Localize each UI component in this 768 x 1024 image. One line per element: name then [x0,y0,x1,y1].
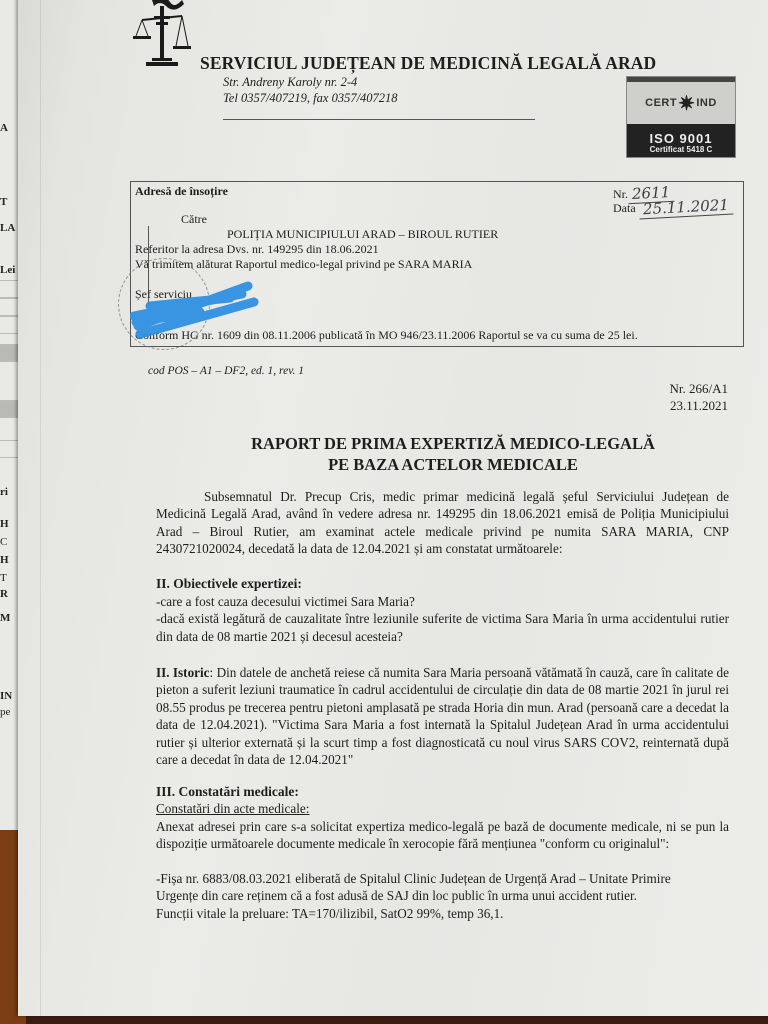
annex-paragraph: Anexat adresei prin care s-a solicitat e… [156,818,729,853]
underlying-text-fragment: Lei [0,264,15,276]
report-number: Nr. 266/A1 [638,380,728,397]
underlying-text-fragment: ri [0,486,8,498]
objectives-list: -care a fost cauza decesului victimei Sa… [156,593,729,645]
certificate-number: Certificat 5418 C [627,145,735,155]
header-rule [223,119,535,120]
findings-heading: III. Constatări medicale: [156,784,299,800]
report-title: RAPORT DE PRIMA EXPERTIZĂ MEDICO-LEGALĂ … [138,433,768,475]
underlying-text-fragment: H [0,518,9,530]
underlying-text-fragment: pe [0,706,10,718]
report-date: 23.11.2021 [638,397,728,414]
underlying-text-fragment: C [0,536,7,548]
medical-record-entry: -Fișa nr. 6883/08.03.2021 eliberată de S… [156,870,729,922]
institution-address: Str. Andreny Karoly nr. 2-4 [223,74,398,90]
intro-paragraph: Subsemnatul Dr. Precup Cris, medic prima… [156,488,729,558]
history-text: : Din datele de anchetă reiese că numita… [156,665,729,767]
underlying-text-fragment: M [0,612,10,624]
handwritten-date: 25.11.2021 [638,196,733,220]
redaction-scribble [130,276,260,341]
reference-line: Referitor la adresa Dvs. nr. 149295 din … [135,242,379,257]
history-heading: II. Istoric [156,665,210,680]
underlying-text-fragment: A [0,122,8,134]
cert-brand-right: IND [696,97,716,109]
underlying-text-fragment: T [0,196,7,208]
report-number-block: Nr. 266/A1 23.11.2021 [638,380,728,414]
to-label: Către [181,212,207,227]
history-paragraph: II. Istoric: Din datele de anchetă reies… [156,664,729,768]
underlying-text-fragment: IN [0,690,12,702]
underlying-text-fragment: T [0,572,7,584]
iso-standard: ISO 9001 [627,133,735,145]
underlying-text-fragment: LA [0,222,15,234]
institution-contact: Tel 0357/407219, fax 0357/407218 [223,90,398,106]
cover-letter-title: Adresă de însoțire [135,184,228,199]
underlying-text-fragment: H [0,554,9,566]
document-code: cod POS – A1 – DF2, ed. 1, rev. 1 [148,365,304,377]
star-logo-icon: ✷ [678,91,695,116]
objectives-heading: II. Obiectivele expertizei: [156,576,302,592]
objective-item: -dacă există legătură de cauzalitate înt… [156,610,729,645]
cert-brand-left: CERT [645,97,677,109]
iso-certification-badge: CERT ✷ IND ISO 9001 Certificat 5418 C [626,76,736,158]
institution-name: SERVICIUL JUDEȚEAN DE MEDICINĂ LEGALĂ AR… [200,53,656,74]
cover-letter-date: Data 25.11.2021 [613,198,733,217]
document-page: SERVICIUL JUDEȚEAN DE MEDICINĂ LEGALĂ AR… [18,0,768,1016]
institution-address-block: Str. Andreny Karoly nr. 2-4 Tel 0357/407… [223,74,398,106]
recipient: POLIȚIA MUNICIPIULUI ARAD – BIROUL RUTIE… [227,227,498,242]
objective-item: -care a fost cauza decesului victimei Sa… [156,593,729,610]
underlying-text-fragment: R [0,588,8,600]
scales-of-justice-icon [130,0,200,71]
findings-subheading: Constatări din acte medicale: [156,801,309,817]
